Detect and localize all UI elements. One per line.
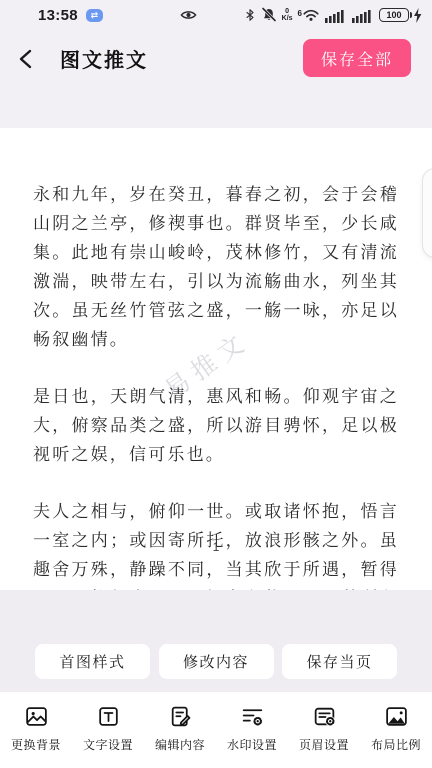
document-page-card[interactable]: 永和九年，岁在癸丑，暮春之初，会于会稽山阴之兰亭，修禊事也。群贤毕至，少长咸集。… bbox=[0, 128, 432, 590]
battery-level: 100 bbox=[379, 8, 409, 22]
toolbar-label: 编辑内容 bbox=[155, 736, 205, 753]
bottom-toolbar: 更换背景 文字设置 编辑内容 bbox=[0, 692, 432, 768]
clock: 13:58 bbox=[38, 7, 78, 24]
actions-row: 首图样式 修改内容 保存当页 bbox=[35, 644, 397, 679]
toolbar-label: 更换背景 bbox=[11, 736, 61, 753]
eye-comfort-icon bbox=[180, 8, 197, 22]
toolbar-label: 页眉设置 bbox=[299, 736, 349, 753]
network-speed-indicator: 0 K/s bbox=[282, 8, 293, 22]
mute-bell-icon bbox=[261, 7, 277, 23]
image-icon bbox=[24, 704, 49, 729]
paragraph: 是日也，天朗气清，惠风和畅。仰观宇宙之大，俯察品类之盛，所以游目骋怀，足以极视听… bbox=[33, 382, 399, 469]
wifi-icon: 6 bbox=[298, 8, 320, 22]
signal-bars-sim2-icon bbox=[352, 8, 374, 23]
watermark-settings-icon bbox=[240, 704, 265, 729]
text-settings-icon bbox=[96, 704, 121, 729]
paragraph: 永和九年，岁在癸丑，暮春之初，会于会稽山阴之兰亭，修禊事也。群贤毕至，少长咸集。… bbox=[33, 180, 399, 354]
save-all-button[interactable]: 保存全部 bbox=[303, 39, 411, 77]
toolbar-label: 布局比例 bbox=[371, 736, 421, 753]
next-page-peek[interactable] bbox=[422, 168, 432, 258]
page-title: 图文推文 bbox=[60, 44, 148, 73]
app-screen: 13:58 ⇄ 0 bbox=[0, 0, 432, 768]
signal-bars-sim1-icon bbox=[325, 8, 347, 23]
toolbar-item-watermark-settings[interactable]: 水印设置 bbox=[216, 692, 288, 768]
modify-content-button[interactable]: 修改内容 bbox=[159, 644, 274, 679]
battery-icon: 100 bbox=[379, 8, 422, 23]
status-bar: 13:58 ⇄ 0 bbox=[0, 0, 432, 30]
charging-bolt-icon bbox=[413, 8, 422, 23]
page-header-settings-icon bbox=[312, 704, 337, 729]
save-current-page-button[interactable]: 保存当页 bbox=[282, 644, 397, 679]
cover-style-button[interactable]: 首图样式 bbox=[35, 644, 150, 679]
data-transfer-chip-icon: ⇄ bbox=[86, 9, 103, 22]
back-button[interactable] bbox=[14, 46, 40, 72]
toolbar-item-text-settings[interactable]: 文字设置 bbox=[72, 692, 144, 768]
document-text: 永和九年，岁在癸丑，暮春之初，会于会稽山阴之兰亭，修禊事也。群贤毕至，少长咸集。… bbox=[33, 180, 399, 590]
toolbar-label: 水印设置 bbox=[227, 736, 277, 753]
toolbar-item-edit-content[interactable]: 编辑内容 bbox=[144, 692, 216, 768]
page-number: 1 bbox=[0, 540, 432, 554]
layout-ratio-icon bbox=[384, 704, 409, 729]
toolbar-item-layout-ratio[interactable]: 布局比例 bbox=[360, 692, 432, 768]
header: 图文推文 保存全部 bbox=[0, 30, 432, 86]
status-icons: 0 K/s 6 bbox=[244, 0, 422, 30]
toolbar-label: 文字设置 bbox=[83, 736, 133, 753]
action-section: 首图样式 修改内容 保存当页 bbox=[0, 590, 432, 692]
toolbar-item-page-header-settings[interactable]: 页眉设置 bbox=[288, 692, 360, 768]
edit-document-icon bbox=[168, 704, 193, 729]
toolbar-item-change-background[interactable]: 更换背景 bbox=[0, 692, 72, 768]
bluetooth-icon bbox=[244, 7, 256, 23]
